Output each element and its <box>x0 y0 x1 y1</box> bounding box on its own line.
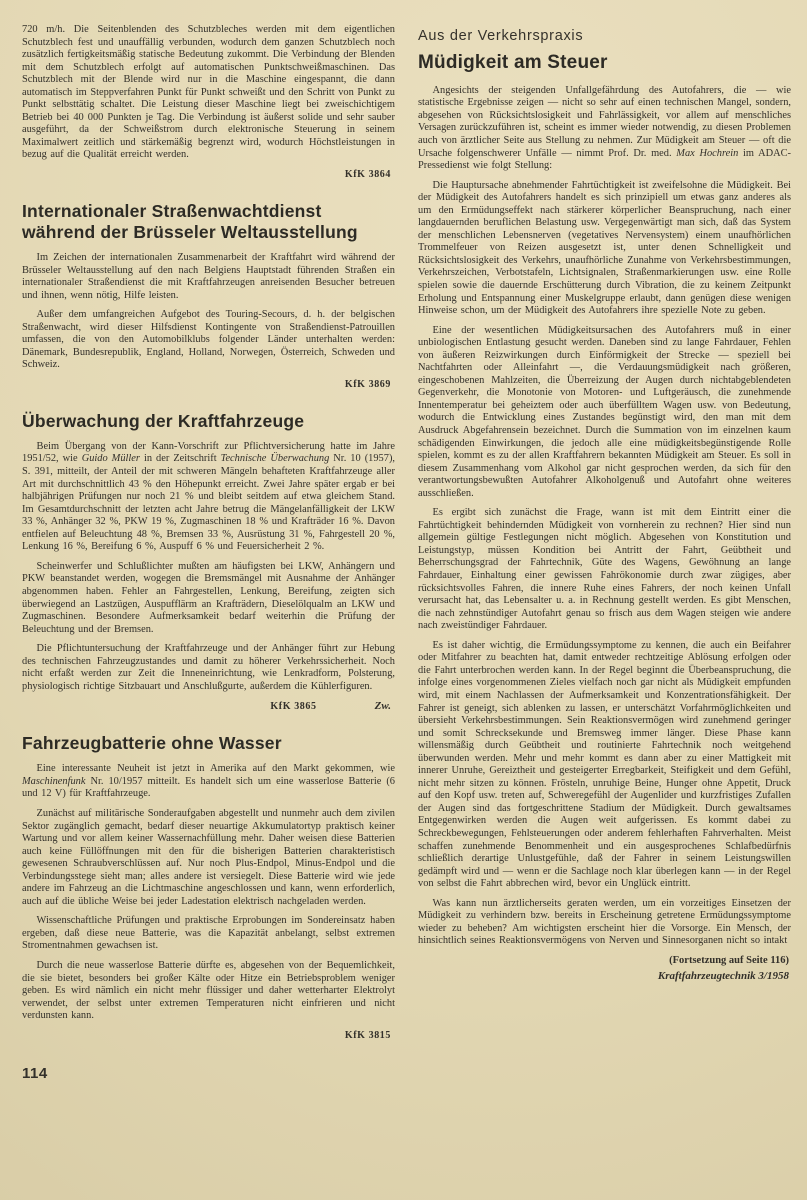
right-column: Aus der Verkehrspraxis Müdigkeit am Steu… <box>418 24 791 1190</box>
article-ueberwachung: Überwachung der Kraftfahrzeuge Beim Über… <box>22 411 395 712</box>
text-segment: in der Zeitschrift <box>140 453 221 464</box>
text-segment: Nr. 10 (1957), S. 391, mitteilt, der Ant… <box>22 453 395 552</box>
paragraph: Scheinwerfer und Schlußlichter mußten am… <box>22 561 395 636</box>
author-initials: Zw. <box>375 700 391 712</box>
article-heading: Fahrzeugbatterie ohne Wasser <box>22 733 395 754</box>
kfk-reference: KfK 3869 <box>22 379 391 390</box>
article-muedigkeit: Aus der Verkehrspraxis Müdigkeit am Steu… <box>418 28 791 982</box>
paragraph: Die Pflichtuntersuchung der Kraftfahrzeu… <box>22 643 395 693</box>
paragraph: Im Zeichen der internationalen Zusammena… <box>22 252 395 302</box>
paragraph: Beim Übergang von der Kann-Vorschrift zu… <box>22 441 395 554</box>
paragraph: Es ergibt sich zunächst die Frage, wann … <box>418 507 791 632</box>
paragraph: Es ist daher wichtig, die Ermüdungssympt… <box>418 640 791 891</box>
kfk-signature-row: KfK 3865 Zw. <box>22 700 391 712</box>
section-kicker: Aus der Verkehrspraxis <box>418 28 791 44</box>
article-schutzblech-continuation: 720 m/h. Die Seitenblenden des Schutzble… <box>22 24 395 180</box>
paragraph: Außer dem umfangreichen Aufgebot des Tou… <box>22 309 395 372</box>
author-name: Guido Müller <box>82 453 140 464</box>
continuation-note: (Fortsetzung auf Seite 116) <box>418 955 789 966</box>
article-heading: Müdigkeit am Steuer <box>418 52 791 75</box>
author-name: Max Hochrein <box>676 148 738 159</box>
paragraph: Zunächst auf militärische Sonderaufgaben… <box>22 808 395 908</box>
left-column: 720 m/h. Die Seitenblenden des Schutzble… <box>22 24 395 1190</box>
journal-title: Technische Überwachung <box>221 453 330 464</box>
article-heading: Überwachung der Kraftfahrzeuge <box>22 411 395 432</box>
journal-title: Maschinenfunk <box>22 776 85 787</box>
paragraph: 720 m/h. Die Seitenblenden des Schutzble… <box>22 24 395 162</box>
article-fahrzeugbatterie: Fahrzeugbatterie ohne Wasser Eine intere… <box>22 733 395 1040</box>
page-number: 114 <box>22 1065 395 1082</box>
paragraph: Eine interessante Neuheit ist jetzt in A… <box>22 763 395 801</box>
kfk-reference: KfK 3864 <box>22 169 391 180</box>
kfk-reference: KfK 3865 <box>270 701 316 712</box>
article-heading: Internationaler Straßenwachtdienst währe… <box>22 201 395 243</box>
paragraph: Wissenschaftliche Prüfungen und praktisc… <box>22 915 395 953</box>
article-strassenwachtdienst: Internationaler Straßenwachtdienst währe… <box>22 201 395 390</box>
journal-footer: Kraftfahrzeugtechnik 3/1958 <box>418 970 789 982</box>
paragraph: Was kann nun ärztlicherseits geraten wer… <box>418 898 791 948</box>
kfk-reference: KfK 3815 <box>22 1030 391 1041</box>
paragraph: Eine der wesentlichen Müdigkeitsursachen… <box>418 325 791 501</box>
paragraph: Angesichts der steigenden Unfallgefährdu… <box>418 85 791 173</box>
paragraph: Durch die neue wasserlose Batterie dürft… <box>22 960 395 1023</box>
text-segment: Eine interessante Neuheit ist jetzt in A… <box>37 763 395 774</box>
magazine-page: 720 m/h. Die Seitenblenden des Schutzble… <box>0 0 807 1200</box>
paragraph: Die Hauptursache abnehmender Fahrtüchtig… <box>418 180 791 318</box>
